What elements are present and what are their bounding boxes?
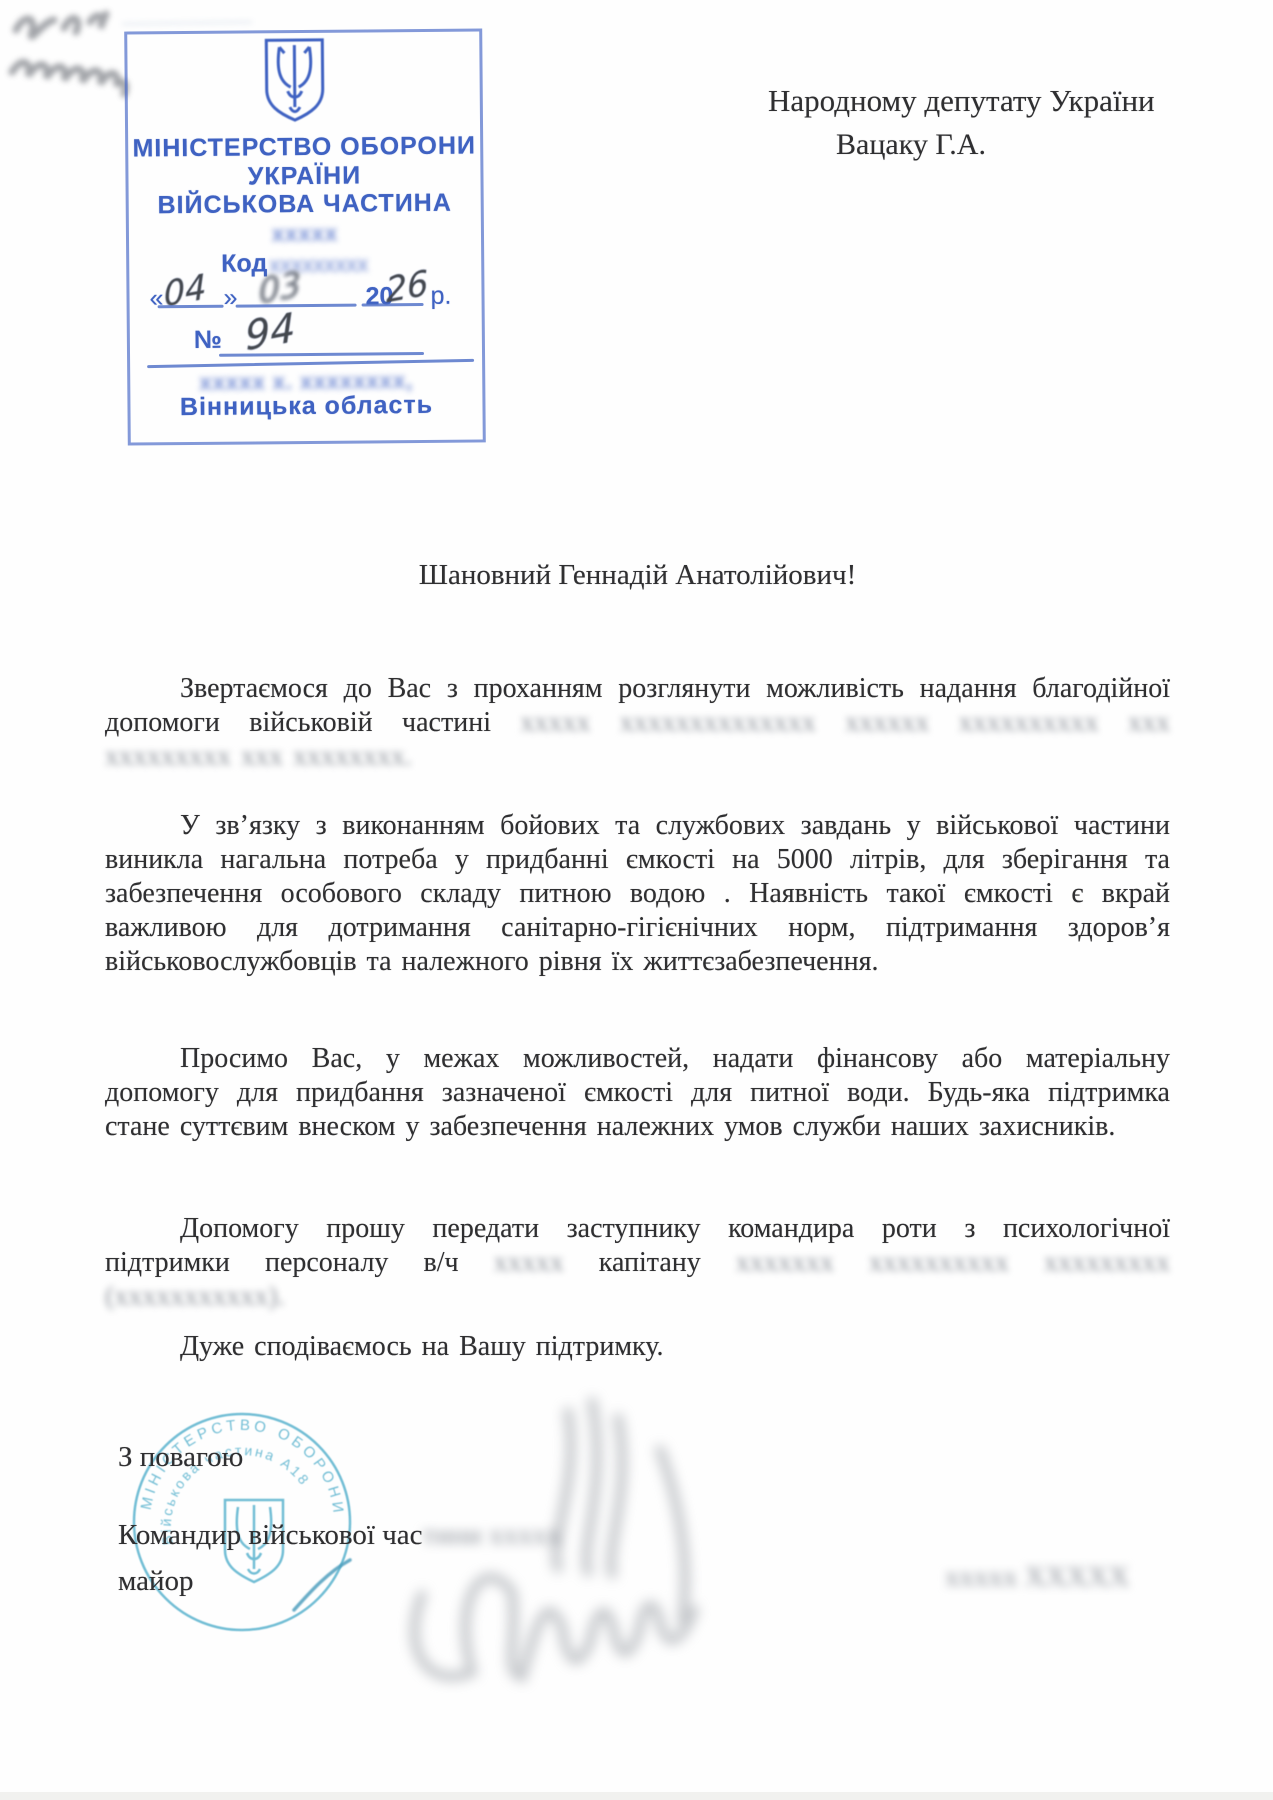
letterhead-stamp: МІНІСТЕРСТВО ОБОРОНИ УКРАЇНИ ВІЙСЬКОВА Ч… — [124, 28, 486, 445]
salutation: Шановний Геннадій Анатолійович! — [105, 558, 1170, 592]
number-label: № — [194, 326, 222, 355]
recipient-line2: Вацаку Г.А. — [836, 126, 986, 164]
redacted-text: ххххх хххххххххххххх хххххх — [520, 707, 958, 738]
closing-position-redacted: тини ххххх — [423, 1519, 562, 1551]
stamp-region: Вінницька область — [130, 390, 482, 422]
closing-rank: майор — [118, 1564, 194, 1598]
recipient-line1: Народному депутату України — [768, 82, 1155, 120]
scan-edge — [0, 1792, 1273, 1800]
handwritten-month: 03 — [258, 269, 302, 307]
date-quote-close: » — [223, 284, 237, 313]
scanned-letter-page: МІНІСТЕРСТВО ОБОРОНИ УКРАЇНИ ВІЙСЬКОВА Ч… — [0, 0, 1273, 1800]
signer-name-redacted: ххххх ХХХХХ — [945, 1560, 1129, 1594]
closing-position-visible: Командир військової час — [118, 1519, 423, 1551]
handwritten-year-suffix: 26 — [385, 268, 429, 306]
date-quote-open: « — [149, 284, 163, 313]
stamp-ministry-line2: УКРАЇНИ — [128, 160, 480, 192]
body-text: капітану — [564, 1247, 736, 1278]
redacted-text: ххххх — [494, 1247, 564, 1278]
year-r-label: р. — [430, 282, 451, 311]
body-text: Просимо Вас, у межах можливостей, надати… — [105, 1043, 1170, 1142]
paragraph-4: Допомогу прошу передати заступнику коман… — [105, 1212, 1170, 1314]
handwritten-number: 94 — [245, 313, 296, 353]
paragraph-2: У зв’язку з виконанням бойових та службо… — [105, 809, 1170, 979]
paragraph-1: Звертаємося до Вас з проханням розглянут… — [105, 672, 1170, 774]
redacted-text: (ххххххххххх). — [105, 1281, 285, 1312]
closing-regards: З повагою — [118, 1440, 243, 1474]
trident-coat-of-arms-icon — [263, 37, 326, 124]
pen-flourish-scribble — [288, 1556, 358, 1616]
stamp-unit-line: ВІЙСЬКОВА ЧАСТИНА — [129, 188, 481, 220]
closing-position: Командир військової частини ххххх — [118, 1518, 562, 1552]
paragraph-3: Просимо Вас, у межах можливостей, надати… — [105, 1042, 1170, 1144]
body-text: У зв’язку з виконанням бойових та службо… — [105, 810, 1170, 977]
stamp-ministry-line1: МІНІСТЕРСТВО ОБОРОНИ — [128, 131, 480, 163]
body-text: Дуже сподіваємось на Вашу підтримку. — [180, 1331, 663, 1362]
stamp-unit-number-redacted: ххххх — [129, 219, 481, 248]
redacted-text: ххххххх хххххххххх ххххххххх — [736, 1247, 1170, 1278]
paragraph-5: Дуже сподіваємось на Вашу підтримку. — [105, 1330, 1170, 1364]
